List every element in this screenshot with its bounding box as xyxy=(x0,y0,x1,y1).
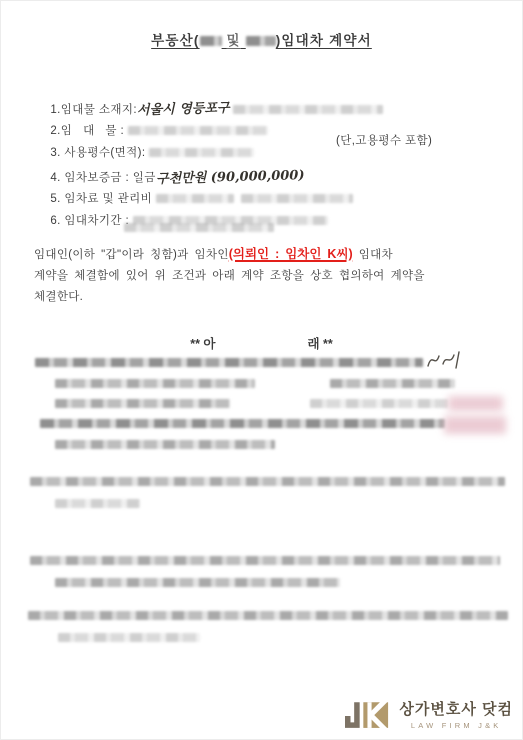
redacted-clause xyxy=(55,578,340,587)
title-prefix: 부동산( xyxy=(151,33,199,48)
contract-document: 부동산( 및 )임대차 계약서 1.임대물 소재지:서울시 영등포구 2.임 대… xyxy=(0,0,523,740)
client-annotation: (의뢰인 : 임차인 K씨) xyxy=(229,247,353,261)
redacted-text xyxy=(200,36,222,46)
handwritten-mark xyxy=(426,348,460,372)
redacted-text xyxy=(124,223,274,232)
redacted-text xyxy=(310,399,448,408)
redacted-text xyxy=(330,379,455,388)
title-mid: 및 xyxy=(227,33,241,48)
intro-text: 임대차 xyxy=(353,249,393,261)
list-item-term: 6. 임대차기간 : xyxy=(36,200,328,240)
redacted-clause xyxy=(55,499,140,508)
law-firm-brand: 상가변호사 닷컴 LAW FIRM J&K xyxy=(345,700,513,732)
intro-paragraph: 임대인(이하 "갑"이라 칭함)과 임차인(의뢰인 : 임차인 K씨) 임대차 … xyxy=(34,244,492,308)
redacted-text xyxy=(55,399,230,408)
redacted-text xyxy=(246,36,276,46)
brand-name: 상가변호사 닷컴 xyxy=(399,702,513,719)
redacted-clause xyxy=(30,556,500,565)
redacted-stamp xyxy=(444,416,506,434)
redacted-text xyxy=(40,419,445,428)
redacted-text xyxy=(35,358,423,367)
marker-left: ** 아 xyxy=(190,334,215,352)
item-label: 6. 임대차기간 : xyxy=(50,215,129,227)
title-suffix: )임대차 계약서 xyxy=(276,33,372,48)
intro-text: 임대인(이하 "갑"이라 칭함)과 임차인 xyxy=(34,249,229,261)
intro-text: 계약을 체결함에 있어 위 조건과 아래 계약 조항을 상호 협의하여 계약을 xyxy=(34,270,425,282)
item-note: (단,고용평수 포함) xyxy=(336,132,432,148)
redacted-text xyxy=(55,440,275,449)
page-title: 부동산( 및 )임대차 계약서 xyxy=(0,29,523,49)
intro-text: 체결한다. xyxy=(34,291,83,303)
brand-text-block: 상가변호사 닷컴 LAW FIRM J&K xyxy=(399,702,513,730)
redacted-clause xyxy=(28,611,508,620)
redacted-text xyxy=(55,379,255,388)
marker-right: 래 ** xyxy=(308,334,333,352)
jk-logo-icon xyxy=(345,700,389,732)
redacted-clause xyxy=(58,633,200,642)
redacted-clause xyxy=(30,477,505,486)
redacted-stamp xyxy=(448,396,503,411)
brand-subtitle: LAW FIRM J&K xyxy=(399,721,513,730)
